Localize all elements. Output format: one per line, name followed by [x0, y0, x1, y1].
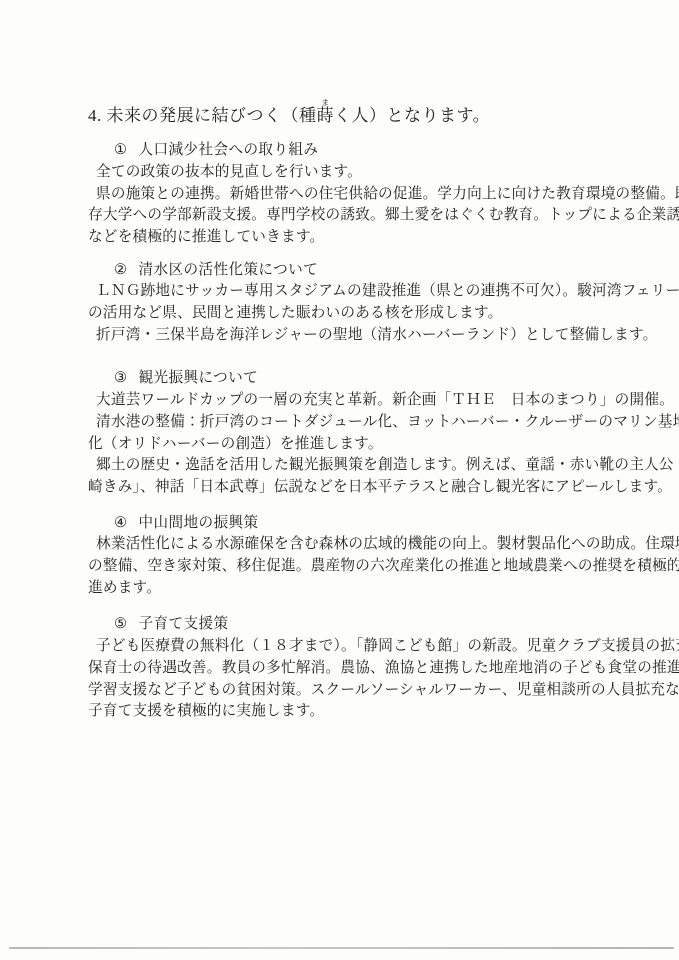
- text-line: の整備、空き家対策、移住促進。農産物の六次産業化の推進と地域農業への推奨を積極的…: [88, 556, 596, 578]
- section-number: ③: [114, 370, 127, 386]
- section-label: 清水区の活性化策について: [138, 262, 318, 278]
- section-tourism-promotion: ③観光振興について 大道芸ワールドカップの一層の充実と革新。新企画「ＴＨＥ 日本…: [88, 368, 596, 498]
- text-line: などを積極的に推進していきます。: [88, 227, 596, 249]
- text-line: 林業活性化による水源確保を含む森林の広域的機能の向上。製材製品化への助成。住環境: [88, 534, 596, 556]
- section-population-decline: ①人口減少社会への取り組み 全ての政策の抜本的見直しを行います。 県の施策との連…: [88, 140, 596, 249]
- text-line: 折戸湾・三保半島を海洋レジャーの聖地（清水ハーバーランド）として整備します。: [88, 325, 596, 347]
- text-line: 清水港の整備：折戸湾のコートダジュール化、ヨットハーバー・クルーザーのマリン基地: [88, 412, 596, 434]
- title-ruby-base: 蒔: [317, 106, 335, 125]
- section-heading: ①人口減少社会への取り組み: [88, 140, 596, 162]
- title-ruby-text: ま: [317, 98, 335, 107]
- text-line: 子ども医療費の無料化（１８才まで）。「静岡こども館」の新設。児童クラブ支援員の拡…: [88, 636, 596, 658]
- section-label: 中山間地の振興策: [138, 515, 258, 531]
- section-number: ⑤: [114, 616, 127, 632]
- text-line: 全ての政策の抜本的見直しを行います。: [88, 162, 596, 184]
- title-suffix: く人）となります。: [334, 106, 490, 125]
- section-number: ④: [114, 515, 127, 531]
- text-line: 学習支援など子どもの貧困対策。スクールソーシャルワーカー、児童相談所の人員拡充な…: [88, 680, 596, 702]
- section-heading: ②清水区の活性化策について: [88, 260, 596, 282]
- title-ruby: 蒔ま: [317, 106, 335, 125]
- text-line: 子育て支援を積極的に実施します。: [88, 701, 596, 723]
- text-line: の活用など県、民間と連携した賑わいのある核を形成します。: [88, 303, 596, 325]
- section-label: 人口減少社会への取り組み: [138, 142, 318, 158]
- text-line: 保育士の待遇改善。教員の多忙解消。農協、漁協と連携した地産地消の子ども食堂の推進…: [88, 658, 596, 680]
- text-line: ＬＮＧ跡地にサッカー専用スタジアムの建設推進（県との連携不可欠）。駿河湾フェリー: [88, 281, 596, 303]
- text-line: 郷土の歴史・逸話を活用した観光振興策を創造します。例えば、童謡・赤い靴の主人公「…: [88, 455, 596, 477]
- text-line: 県の施策との連携。新婚世帯への住宅供給の促進。学力向上に向けた教育環境の整備。既: [88, 184, 596, 206]
- section-heading: ④中山間地の振興策: [88, 513, 596, 535]
- section-childcare-support: ⑤子育て支援策 子ども医療費の無料化（１８才まで）。「静岡こども館」の新設。児童…: [88, 614, 596, 723]
- text-line: 存大学への学部新設支援。専門学校の誘致。郷土愛をはぐくむ教育。トップによる企業誘…: [88, 205, 596, 227]
- document-content: 4. 未来の発展に結びつく（種蒔まく人）となります。 ①人口減少社会への取り組み…: [88, 98, 596, 723]
- text-line: 大道芸ワールドカップの一層の充実と革新。新企画「ＴＨＥ 日本のまつり」の開催。: [88, 390, 596, 412]
- text-line: 進めます。: [88, 578, 596, 600]
- section-label: 観光振興について: [138, 370, 258, 386]
- section-heading: ⑤子育て支援策: [88, 614, 596, 636]
- page-bottom-edge: [9, 947, 674, 949]
- section-heading: ③観光振興について: [88, 368, 596, 390]
- section-number: ①: [114, 142, 127, 158]
- text-line: 化（オリドハーバーの創造）を推進します。: [88, 434, 596, 456]
- document-page: 4. 未来の発展に結びつく（種蒔まく人）となります。 ①人口減少社会への取り組み…: [0, 0, 679, 960]
- text-line: 崎きみ」、神話「日本武尊」伝説などを日本平テラスと融合し観光客にアピールします。: [88, 477, 596, 499]
- section-label: 子育て支援策: [138, 616, 228, 632]
- document-title: 4. 未来の発展に結びつく（種蒔まく人）となります。: [88, 98, 596, 127]
- section-number: ②: [114, 262, 127, 278]
- section-mountain-area-promotion: ④中山間地の振興策 林業活性化による水源確保を含む森林の広域的機能の向上。製材製…: [88, 513, 596, 600]
- section-shimizu-revitalization: ②清水区の活性化策について ＬＮＧ跡地にサッカー専用スタジアムの建設推進（県との…: [88, 260, 596, 347]
- title-prefix: 4. 未来の発展に結びつく（種: [88, 106, 317, 125]
